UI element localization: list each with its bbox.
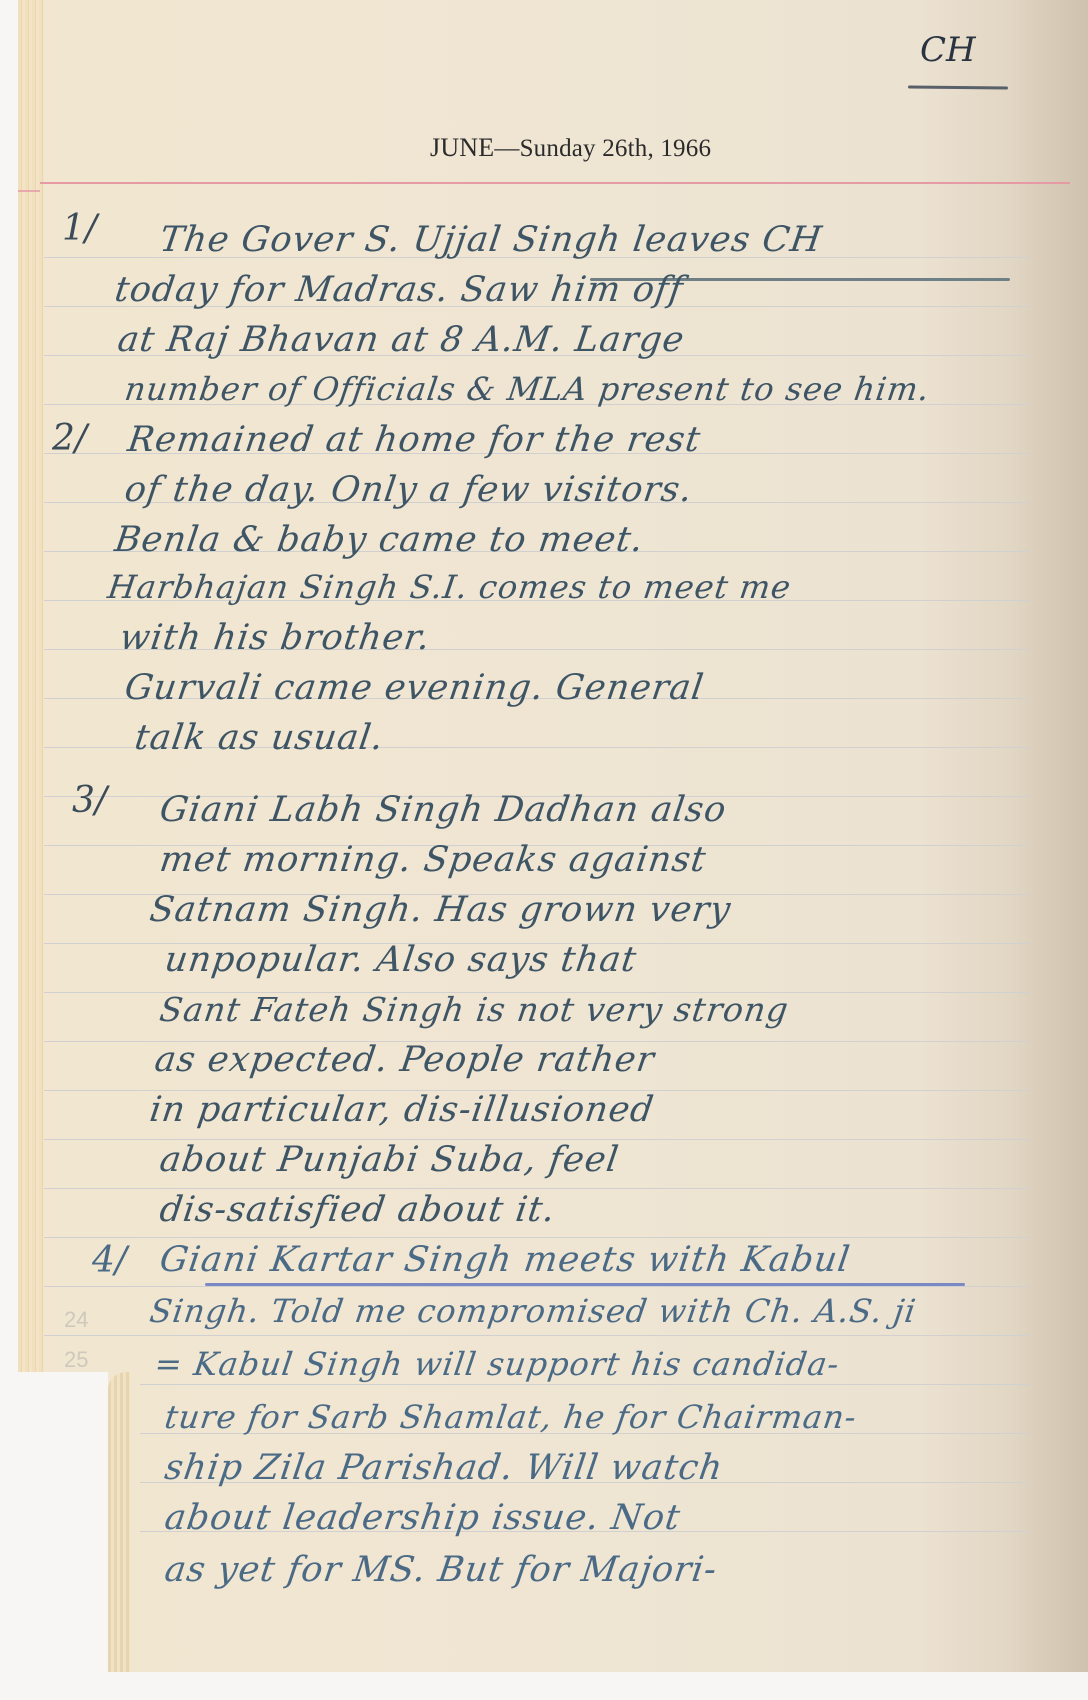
entry-line: The Gover S. Ujjal Singh leaves CH <box>157 220 825 260</box>
entry-line: dis-satisfied about it. <box>157 1190 558 1230</box>
entry-line: met morning. Speaks against <box>157 840 709 880</box>
entry-line: about Punjabi Suba, feel <box>157 1140 621 1180</box>
entry-marker: 3/ <box>72 780 107 821</box>
entry-line: Giani Kartar Singh meets with Kabul <box>157 1240 853 1280</box>
ruled-line <box>44 1188 1029 1189</box>
entry-line: Sant Fateh Singh is not very strong <box>157 990 791 1029</box>
entry-line: of the day. Only a few visitors. <box>122 470 695 510</box>
entry-line: as expected. People rather <box>152 1040 657 1080</box>
margin-red-rule-stub <box>18 190 40 192</box>
page-stack-edge-lower <box>108 1372 130 1672</box>
header-day-date: Sunday 26th, 1966 <box>520 135 712 162</box>
entry-line: Benla & baby came to meet. <box>112 520 646 560</box>
ruled-line <box>140 1384 1029 1385</box>
ruled-line <box>44 1335 1029 1336</box>
ruled-line <box>44 1286 1029 1287</box>
ghost-tab-numbers: 24 25 <box>64 1300 88 1380</box>
entry-line: as yet for MS. But for Majori- <box>162 1550 720 1590</box>
ruled-line <box>44 1237 1029 1238</box>
ghost-number: 25 <box>64 1340 88 1380</box>
entry-line: about leadership issue. Not <box>162 1498 683 1538</box>
entry-line: Remained at home for the rest <box>125 420 703 460</box>
entry-marker: 4/ <box>92 1240 127 1281</box>
entry-line: Satnam Singh. Has grown very <box>147 890 733 930</box>
entry-line: ture for Sarb Shamlat, he for Chairman- <box>162 1398 859 1436</box>
entry-line: number of Officials & MLA present to see… <box>122 370 932 408</box>
page-code: CH <box>920 30 976 70</box>
entry-marker: 1/ <box>62 208 97 249</box>
entry-line: ship Zila Parishad. Will watch <box>162 1448 725 1488</box>
header-separator: — <box>494 135 519 162</box>
entry-line: unpopular. Also says that <box>162 940 639 980</box>
entry-line: in particular, dis-illusioned <box>147 1090 656 1130</box>
entry-line: = Kabul Singh will support his candida- <box>152 1345 842 1383</box>
entry-line: Gurvali came evening. General <box>122 668 706 708</box>
printed-date-header: JUNE—Sunday 26th, 1966 <box>430 133 711 163</box>
page-tab-cutout <box>0 1372 108 1700</box>
entry-line: Harbhajan Singh S.I. comes to meet me <box>105 568 793 606</box>
entry-line: Giani Labh Singh Dadhan also <box>157 790 729 830</box>
ghost-number: 24 <box>64 1300 88 1340</box>
underline-stroke <box>205 1283 965 1286</box>
entry-line: at Raj Bhavan at 8 A.M. Large <box>115 320 687 360</box>
entry-line: today for Madras. Saw him off <box>112 270 686 310</box>
entry-line: with his brother. <box>117 618 433 658</box>
header-month: JUNE <box>430 133 494 162</box>
margin-red-rule <box>40 182 1070 184</box>
entry-line: Singh. Told me compromised with Ch. A.S.… <box>147 1292 918 1330</box>
entry-marker: 2/ <box>52 418 87 459</box>
entry-line: talk as usual. <box>132 718 386 758</box>
